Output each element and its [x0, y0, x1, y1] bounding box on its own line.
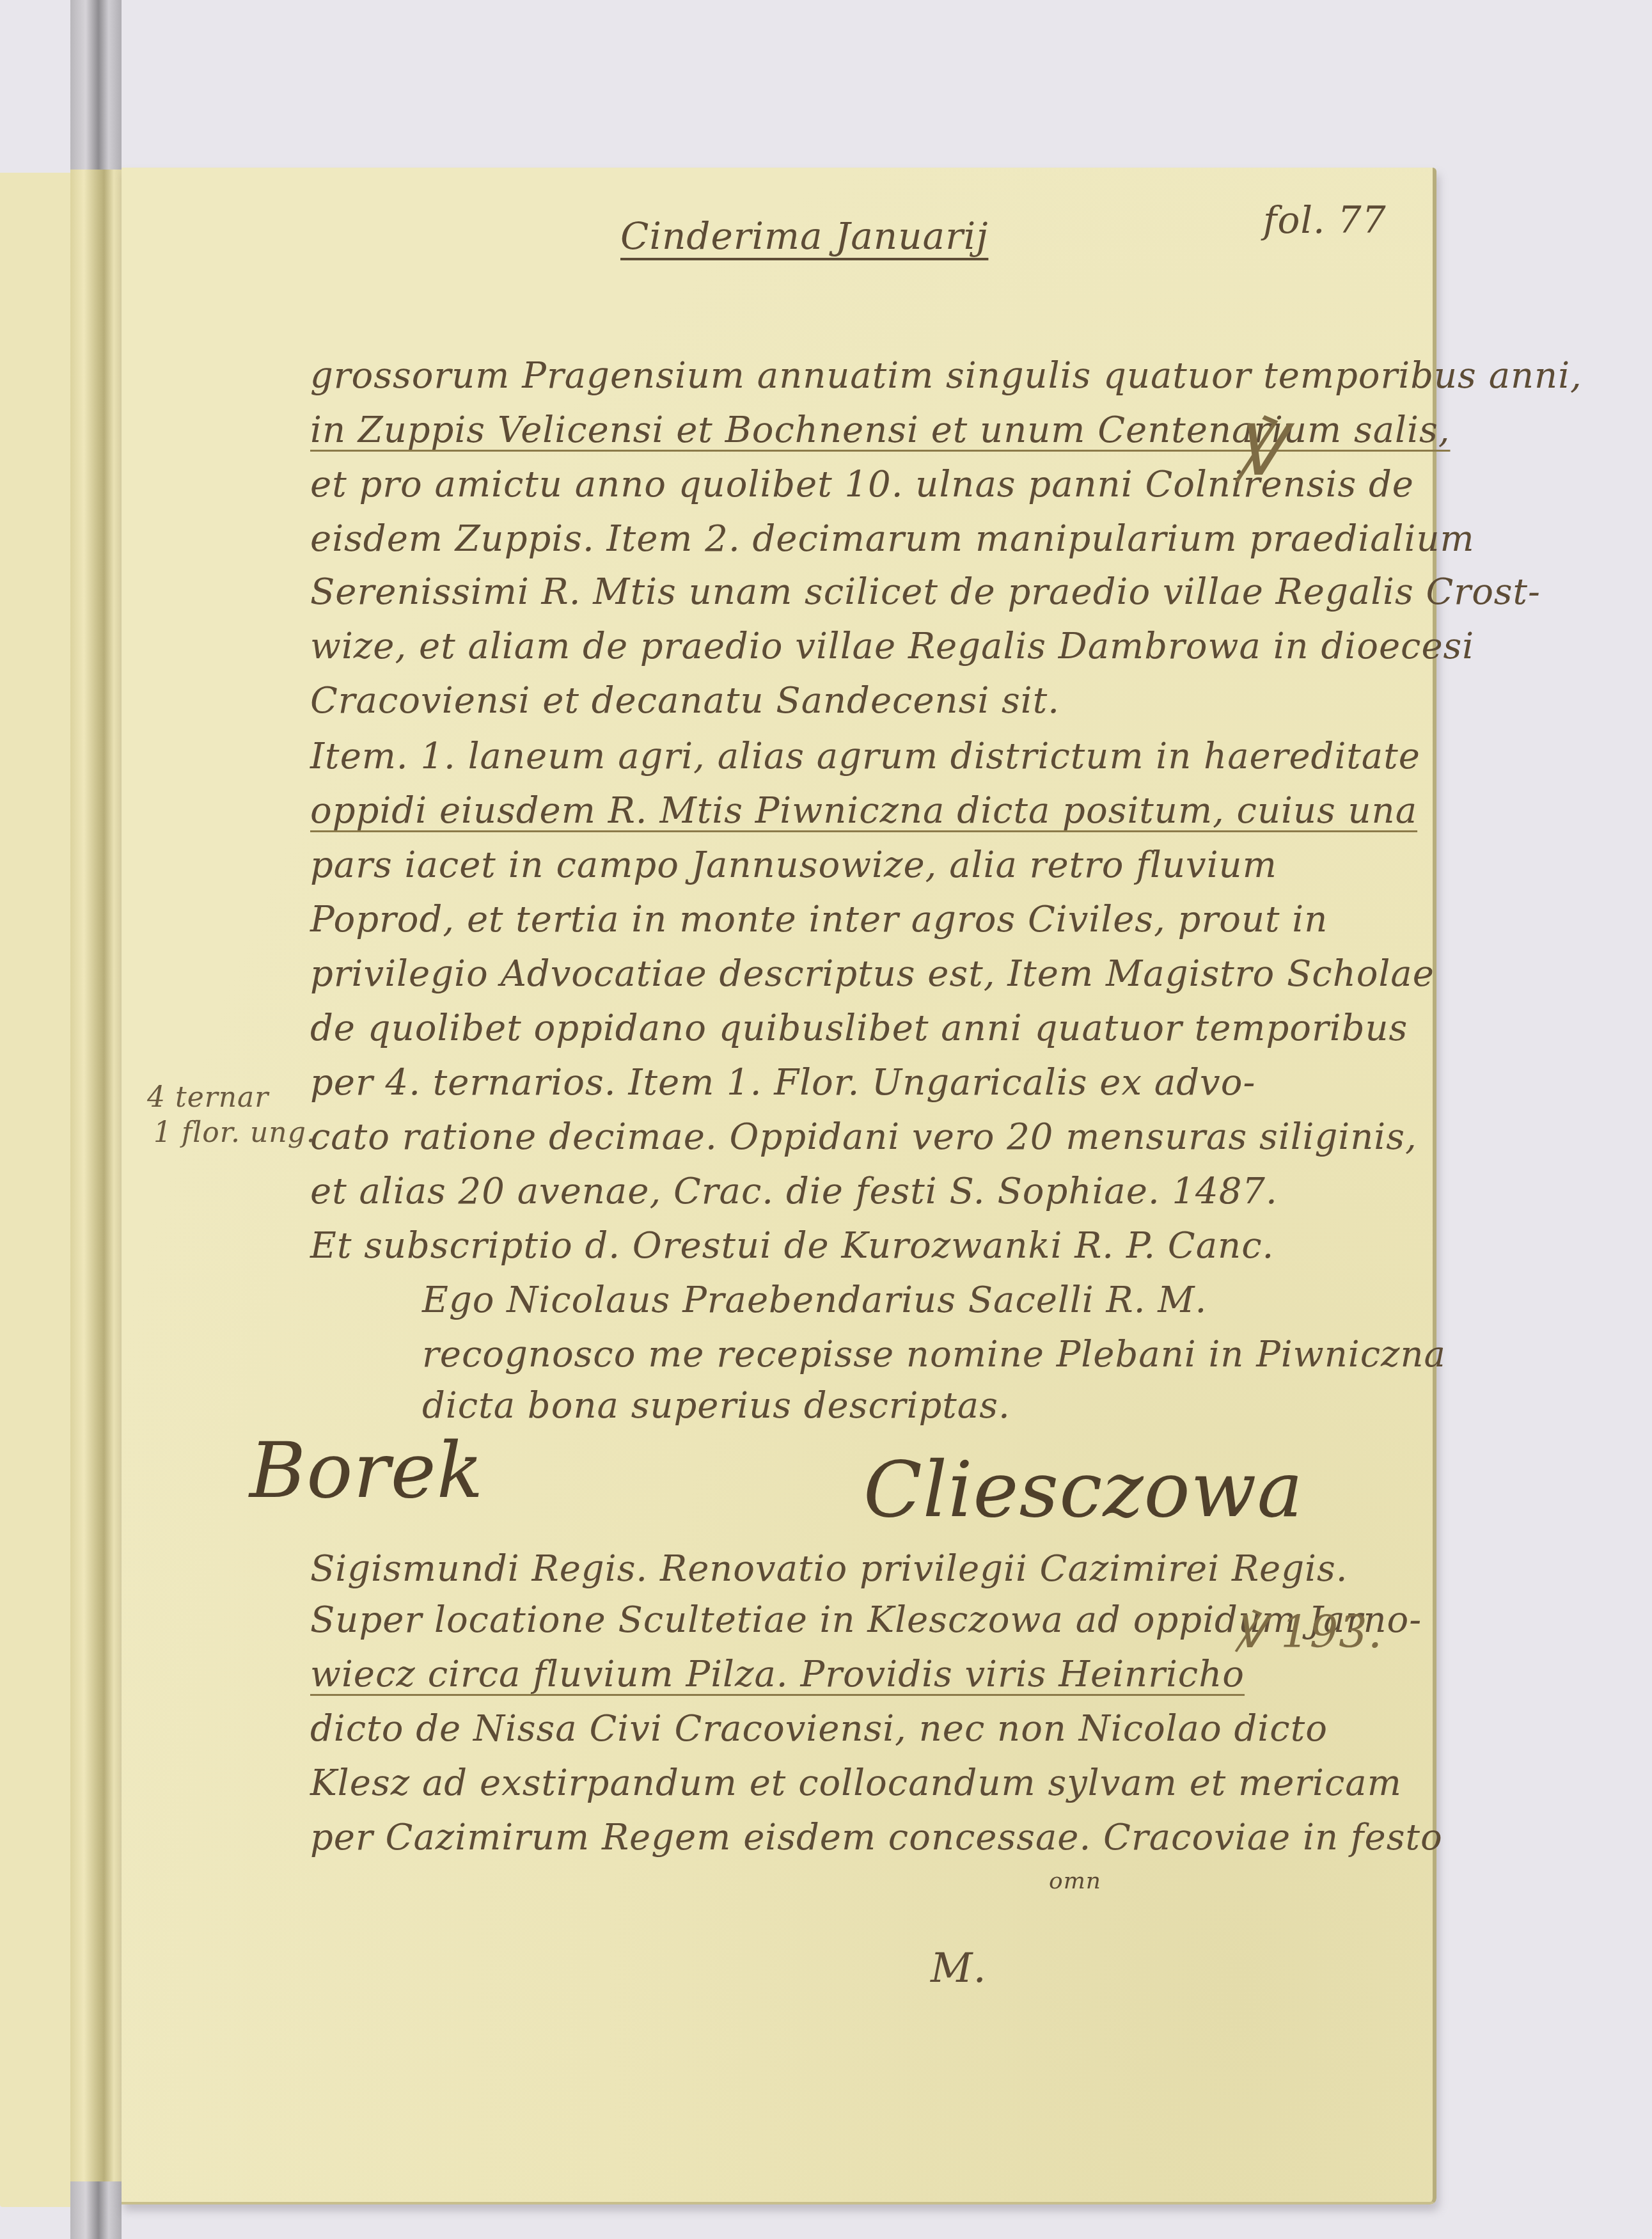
margin-note-line: 1 flor. ung.: [153, 1116, 316, 1149]
text-line: Sigismundi Regis. Renovatio privilegii C…: [310, 1548, 1348, 1590]
text-line: per Cazimirum Regem eisdem concessae. Cr…: [310, 1817, 1443, 1858]
text-line: Poprod, et tertia in monte inter agros C…: [310, 899, 1328, 940]
text-line: Cracoviensi et decanatu Sandecensi sit.: [310, 680, 1060, 722]
right-margin-mark-with-number: ℣ 193.: [1234, 1606, 1383, 1658]
text-line: Ego Nicolaus Praebendarius Sacelli R. M.: [422, 1279, 1207, 1321]
text-line: Et subscriptio d. Orestui de Kurozwanki …: [310, 1225, 1274, 1267]
gutter-page-fold: [70, 170, 125, 2181]
text-line: privilegio Advocatiae descriptus est, It…: [310, 953, 1435, 995]
text-line: per 4. ternarios. Item 1. Flor. Ungarica…: [310, 1062, 1255, 1104]
right-margin-mark: ℣: [1234, 409, 1283, 491]
text-line: wiecz circa fluvium Pilza. Providis viri…: [310, 1654, 1245, 1695]
folio-number: fol. 77: [1263, 198, 1387, 242]
running-title: Cinderima Januarij: [620, 214, 988, 258]
text-line: Serenissimi R. Mtis unam scilicet de pra…: [310, 571, 1541, 613]
text-line: recognosco me recepisse nomine Plebani i…: [422, 1334, 1446, 1375]
text-line: eisdem Zuppis. Item 2. decimarum manipul…: [310, 518, 1475, 560]
signature-mark: M.: [931, 1945, 987, 1992]
text-line: Item. 1. laneum agri, alias agrum distri…: [310, 736, 1420, 777]
text-line: Klesz ad exstirpandum et collocandum syl…: [310, 1762, 1402, 1804]
section-heading-cliesczowa: Cliesczowa: [863, 1446, 1303, 1535]
text-line: grossorum Pragensium annuatim singulis q…: [310, 355, 1582, 397]
text-line: dicta bona superius descriptas.: [422, 1385, 1011, 1427]
text-line: de quolibet oppidano quibuslibet anni qu…: [310, 1008, 1408, 1049]
text-line: cato ratione decimae. Oppidani vero 20 m…: [310, 1116, 1417, 1158]
catchword: omn: [1049, 1868, 1101, 1894]
text-line: et alias 20 avenae, Crac. die festi S. S…: [310, 1171, 1278, 1212]
text-line: oppidi eiusdem R. Mtis Piwniczna dicta p…: [310, 790, 1417, 832]
margin-note-line: 4 ternar: [147, 1081, 269, 1114]
text-line: wize, et aliam de praedio villae Regalis…: [310, 626, 1474, 667]
text-line: pars iacet in campo Jannusowize, alia re…: [310, 844, 1277, 886]
text-line: dicto de Nissa Civi Cracoviensi, nec non…: [310, 1708, 1328, 1750]
section-heading-borek: Borek: [249, 1427, 484, 1515]
